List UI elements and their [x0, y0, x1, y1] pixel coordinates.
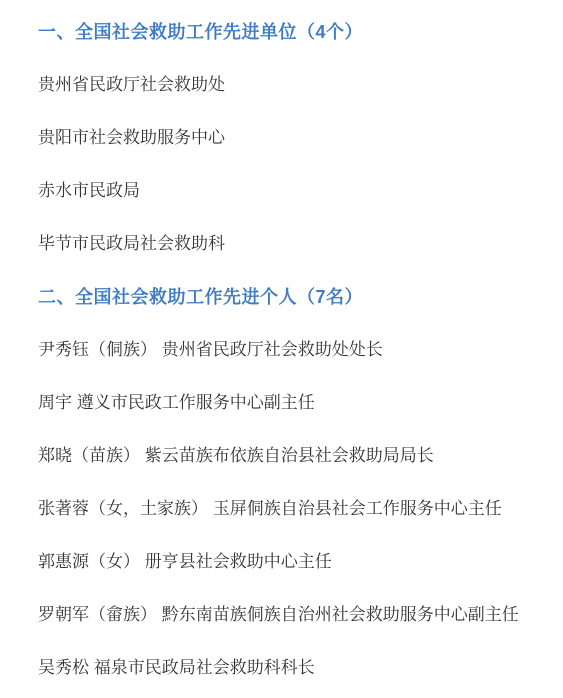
section-advanced-individuals: 二、全国社会救助工作先进个人（7名） 尹秀钰（侗族） 贵州省民政厅社会救助处处长… [38, 285, 533, 680]
unit-list-item: 毕节市民政局社会救助科 [38, 232, 533, 256]
individual-list-item: 张著蓉（女，土家族） 玉屏侗族自治县社会工作服务中心主任 [38, 497, 533, 521]
individual-list-item: 罗朝军（畲族） 黔东南苗族侗族自治州社会救助服务中心副主任 [38, 603, 533, 627]
section-advanced-units: 一、全国社会救助工作先进单位（4个） 贵州省民政厅社会救助处 贵阳市社会救助服务… [38, 20, 533, 256]
individual-list-item: 周宇 遵义市民政工作服务中心副主任 [38, 391, 533, 415]
unit-list-item: 贵阳市社会救助服务中心 [38, 126, 533, 150]
individual-list-item: 郑晓（苗族） 紫云苗族布依族自治县社会救助局局长 [38, 444, 533, 468]
section-heading-advanced-units: 一、全国社会救助工作先进单位（4个） [38, 20, 533, 44]
unit-list-item: 贵州省民政厅社会救助处 [38, 73, 533, 97]
individual-list-item: 吴秀松 福泉市民政局社会救助科科长 [38, 656, 533, 680]
article-page: 一、全国社会救助工作先进单位（4个） 贵州省民政厅社会救助处 贵阳市社会救助服务… [0, 0, 563, 698]
unit-list-item: 赤水市民政局 [38, 179, 533, 203]
section-heading-advanced-individuals: 二、全国社会救助工作先进个人（7名） [38, 285, 533, 309]
individual-list-item: 郭惠源（女） 册亨县社会救助中心主任 [38, 550, 533, 574]
individual-list-item: 尹秀钰（侗族） 贵州省民政厅社会救助处处长 [38, 338, 533, 362]
